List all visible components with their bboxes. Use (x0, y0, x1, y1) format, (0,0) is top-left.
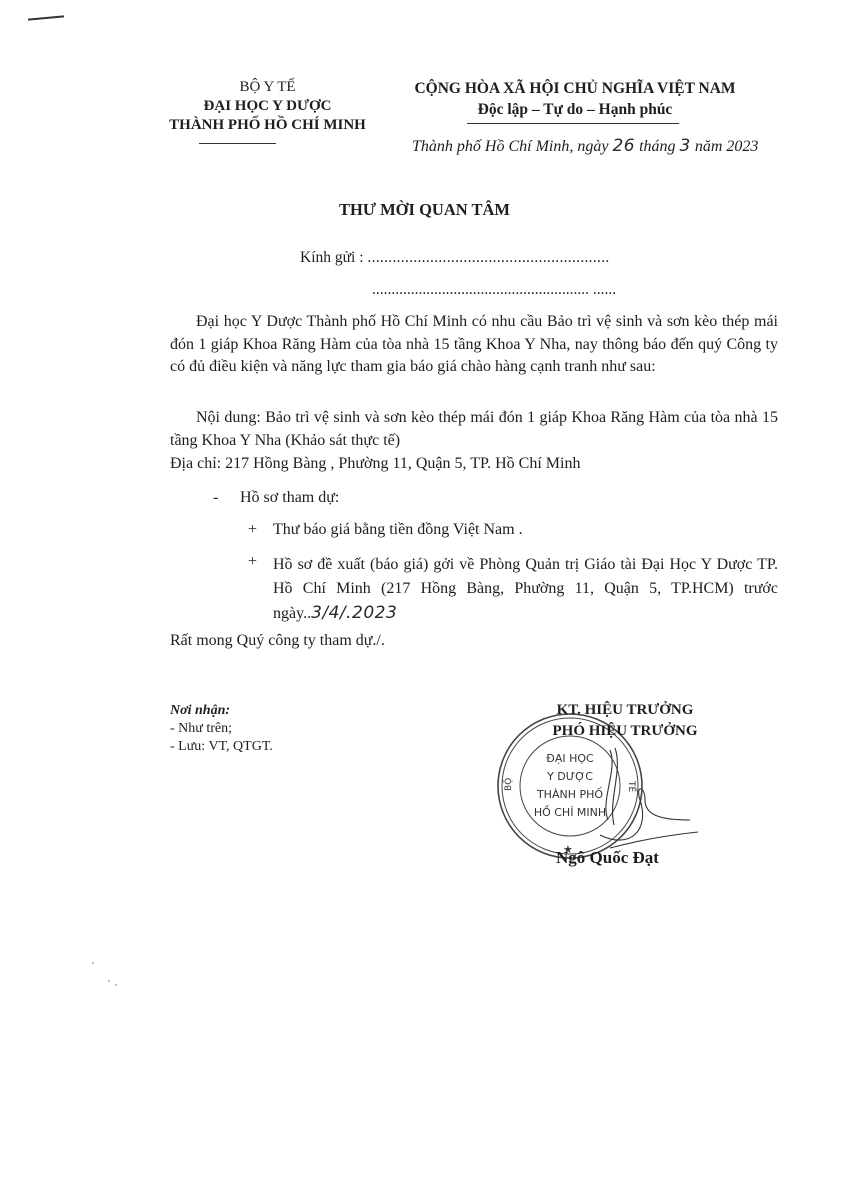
recipient-item: - Lưu: VT, QTGT. (170, 738, 273, 756)
scan-speck (92, 962, 94, 964)
addressee-blank-1: ........................................… (367, 249, 609, 267)
signatory-title: KT. HIỆU TRƯỞNG PHÓ HIỆU TRƯỞNG (525, 700, 725, 742)
national-motto: Độc lập – Tự do – Hạnh phúc (378, 99, 772, 120)
address-paragraph: Địa chỉ: 217 Hồng Bàng , Phường 11, Quận… (170, 455, 580, 473)
deadline-handwritten: 3/4/.2023 (311, 603, 397, 623)
document-item: Thư báo giá bằng tiền đồng Việt Nam . (273, 521, 523, 539)
date-month-label: tháng (639, 138, 675, 155)
recipients-label: Nơi nhận: (170, 702, 273, 720)
national-heading: CỘNG HÒA XÃ HỘI CHỦ NGHĨA VIỆT NAM Độc l… (378, 78, 772, 120)
scan-speck (108, 980, 110, 982)
intro-paragraph: Đại học Y Dược Thành phố Hồ Chí Minh có … (170, 311, 778, 379)
university-name-line2: THÀNH PHỐ HỒ CHÍ MINH (120, 116, 415, 135)
recipient-item: - Như trên; (170, 720, 273, 738)
signature-icon (590, 740, 700, 860)
handwritten-signature (590, 740, 700, 860)
nation-name: CỘNG HÒA XÃ HỘI CHỦ NGHĨA VIỆT NAM (378, 78, 772, 99)
list-bullet-dash: - (213, 489, 218, 507)
issuing-authority: BỘ Y TẾ ĐẠI HỌC Y DƯỢC THÀNH PHỐ HỒ CHÍ … (120, 78, 415, 135)
closing-line: Rất mong Quý công ty tham dự./. (170, 632, 385, 650)
list-bullet-plus: + (248, 553, 257, 571)
recipients-block: Nơi nhận: - Như trên; - Lưu: VT, QTGT. (170, 702, 273, 756)
document-date: Thành phố Hồ Chí Minh, ngày 26 tháng 3 n… (412, 136, 758, 156)
scan-speck (115, 984, 117, 986)
svg-text:BỘ: BỘ (502, 778, 514, 791)
right-header-divider (467, 123, 679, 124)
svg-text:Y DƯỢC: Y DƯỢC (546, 770, 593, 783)
content-paragraph: Nội dung: Bảo trì vệ sinh và sơn kèo thé… (170, 407, 778, 452)
addressee-label: Kính gửi : (300, 249, 364, 266)
signatory-name: Ngô Quốc Đạt (556, 848, 659, 868)
university-name-line1: ĐẠI HỌC Y DƯỢC (120, 97, 415, 116)
date-day-handwritten: 26 (612, 136, 635, 156)
signatory-title-line2: PHÓ HIỆU TRƯỞNG (525, 721, 725, 742)
document-title: THƯ MỜI QUAN TÂM (0, 200, 849, 220)
addressee-blank-2: ........................................… (372, 281, 616, 299)
date-year: năm 2023 (695, 138, 759, 155)
documents-label: Hồ sơ tham dự: (240, 489, 339, 507)
date-month-handwritten: 3 (680, 136, 691, 156)
signatory-title-line1: KT. HIỆU TRƯỞNG (525, 700, 725, 721)
left-header-divider (199, 143, 276, 144)
svg-text:ĐẠI HỌC: ĐẠI HỌC (546, 752, 594, 765)
document-item: Hồ sơ đề xuất (báo giá) gởi về Phòng Quả… (273, 553, 778, 626)
ministry-name: BỘ Y TẾ (120, 78, 415, 97)
date-prefix: Thành phố Hồ Chí Minh, ngày (412, 138, 608, 155)
scan-mark (28, 15, 64, 20)
addressee-line: Kính gửi : .............................… (300, 249, 610, 267)
list-bullet-plus: + (248, 521, 257, 539)
